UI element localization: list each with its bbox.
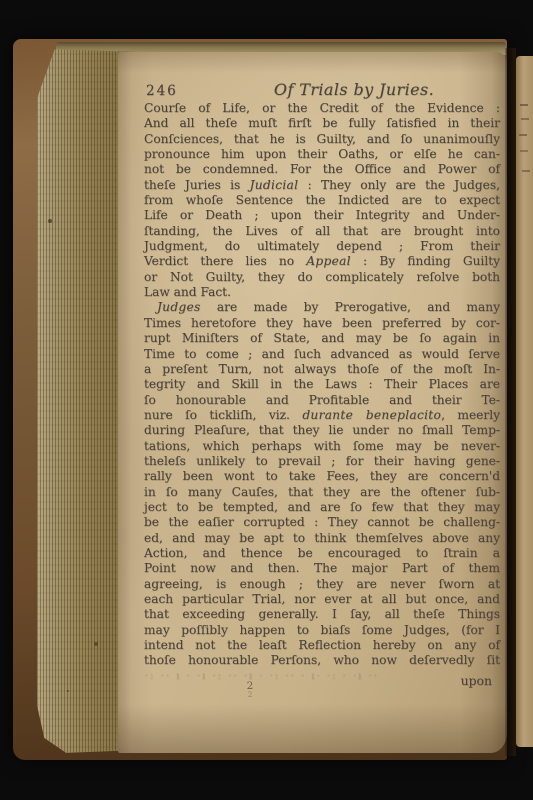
catchword-row: ·: ·· ı · ·ı ·: ·· ·ı · ·: ·· · ı· ·: · … (144, 670, 500, 687)
text-line: be the eaſier corrupted : They cannot be… (144, 515, 500, 530)
text-line: rally been wont to take Fees, they are c… (144, 469, 500, 484)
text-line: Courſe of Life, or the Credit of the Evi… (144, 101, 500, 116)
text-line: Action, and thence be encouraged to ſtra… (144, 546, 500, 561)
text-line: tegrity and Skill in the Laws : Their Pl… (144, 377, 500, 392)
page-number: 246 (146, 83, 178, 99)
running-title: Of Trials by Juries. (274, 80, 434, 99)
text-line: or Not Guilty, they do complicately reſo… (144, 270, 500, 285)
text-line: rupt Miniſters of State, and may be ſo a… (144, 331, 500, 346)
book-page: 246 Of Trials by Juries. Courſe of Life,… (118, 52, 507, 753)
text-line: Point now and then. The major Part of th… (144, 561, 500, 576)
page-header: 246 Of Trials by Juries. (144, 80, 500, 100)
text-line: from whoſe Sentence the Indicted are to … (144, 193, 500, 208)
text-line: may poſſibly happen to biaſs ſome Judges… (144, 623, 500, 638)
text-line: Judgment, do ultimately depend ; From th… (144, 239, 500, 254)
faded-illegible-line: ·: ·· ı · ·ı ·: ·· ·ı · ·: ·· · ı· ·: · … (145, 671, 380, 685)
text-line: that exceeding generally. I ſay, all the… (144, 607, 500, 622)
text-line: ject to be tempted, and are ſo few that … (144, 500, 500, 515)
text-line: each particular Trial, nor ever at all b… (144, 592, 500, 607)
photo-background: 246 Of Trials by Juries. Courſe of Life,… (0, 0, 533, 800)
text-line: Life or Death ; upon their Integrity and… (144, 208, 500, 223)
facing-page-sliver (516, 56, 533, 747)
gutter-shadow (505, 48, 516, 756)
text-line: ſtanding, the Lives of all that are brou… (144, 224, 500, 239)
text-line: theſe Juries is Judicial : They only are… (144, 178, 500, 193)
text-line: Law and Fact. (144, 285, 500, 300)
text-line: not be condemned. For the Office and Pow… (144, 162, 500, 177)
text-line: Judges are made by Prerogative, and many (144, 300, 500, 315)
facing-page-text-hint (520, 104, 528, 106)
text-line: intend not the leaſt Reflection hereby o… (144, 638, 500, 653)
signature-mark: 2 2 (243, 681, 257, 698)
text-line: during Pleaſure, that they lie under no … (144, 423, 500, 438)
text-line: Times heretofore they have been preferre… (144, 316, 500, 331)
text-block: Courſe of Life, or the Credit of the Evi… (144, 101, 500, 687)
text-line: Verdict there lies no Appeal : By findin… (144, 254, 500, 269)
text-line: a preſent Turn, not always thoſe of the … (144, 362, 500, 377)
text-line: Conſciences, that he is Guilty, and ſo u… (144, 132, 500, 147)
text-line: Time to come ; and ſuch advanced as woul… (144, 347, 500, 362)
text-line: tations, which perhaps with ſome may be … (144, 439, 500, 454)
catchword: upon (461, 673, 492, 688)
text-line: ed, and may be apt to think themſelves a… (144, 531, 500, 546)
text-line: thoſe honourable Perſons, who now deſerv… (144, 653, 500, 668)
text-line: theleſs unlikely to prevail ; for their … (144, 454, 500, 469)
text-line: agreeing, is enough ; they are never ſwo… (144, 577, 500, 592)
text-line: nure ſo tickliſh, viz. durante beneplaci… (144, 408, 500, 423)
text-line: in ſo many Cauſes, that they are the oft… (144, 485, 500, 500)
text-line: ſo honourable and Profitable and their T… (144, 393, 500, 408)
book: 246 Of Trials by Juries. Courſe of Life,… (0, 0, 533, 800)
text-line: And all theſe muſt firſt be fully ſatisf… (144, 116, 500, 131)
text-line: pronounce him upon their Oaths, or elſe … (144, 147, 500, 162)
